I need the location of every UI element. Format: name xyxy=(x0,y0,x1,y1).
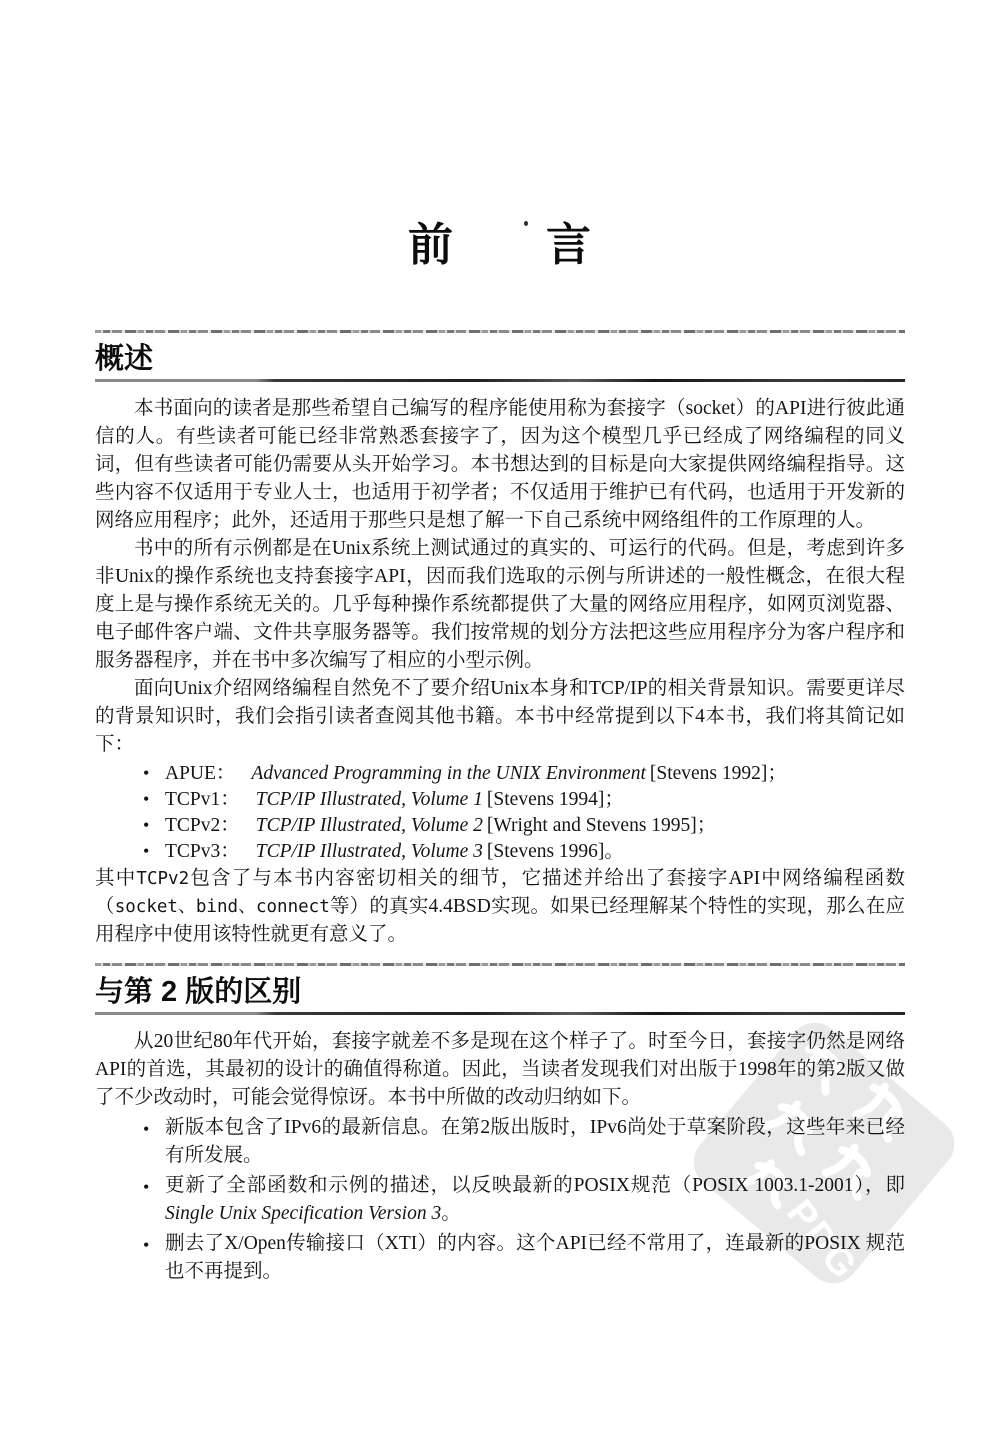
divider-textured-differences xyxy=(95,963,905,966)
divider-solid-differences xyxy=(95,1012,905,1015)
book-title: TCP/IP Illustrated, Volume 3 xyxy=(256,841,483,862)
differences-heading: 与第 2 版的区别 xyxy=(95,974,905,1010)
book-list-item: •APUE：Advanced Programming in the UNIX E… xyxy=(95,761,905,787)
change-text: 新版本包含了IPv6的最新信息。在第2版出版时，IPv6尚处于草案阶段，这些年来… xyxy=(165,1117,905,1166)
book-title: TCP/IP Illustrated, Volume 1 xyxy=(256,789,483,810)
change-list-item: •删去了X/Open传输接口（XTI）的内容。这个API已经不常用了，连最新的P… xyxy=(95,1230,905,1286)
book-abbr: APUE： xyxy=(165,763,235,784)
book-abbr: TCPv1： xyxy=(165,789,240,810)
divider-textured-overview xyxy=(95,330,905,333)
closing-text: 其中 xyxy=(95,868,136,889)
change-list-item: •新版本包含了IPv6的最新信息。在第2版出版时，IPv6尚处于草案阶段，这些年… xyxy=(95,1114,905,1170)
overview-paragraph-3: 面向Unix介绍网络编程自然免不了要介绍Unix本身和TCP/IP的相关背景知识… xyxy=(95,675,905,759)
change-text: 。 xyxy=(441,1203,461,1224)
book-list-item: •TCPv1：TCP/IP Illustrated, Volume 1[Stev… xyxy=(95,787,905,813)
differences-paragraph: 从20世纪80年代开始，套接字就差不多是现在这个样子了。时至今日，套接字仍然是网… xyxy=(95,1028,905,1112)
code-inline-socket-functions: socket、bind、connect xyxy=(115,897,330,917)
book-list-item: •TCPv2：TCP/IP Illustrated, Volume 2[Wrig… xyxy=(95,813,905,839)
bullet-icon: • xyxy=(143,1231,149,1259)
book-citation: [Wright and Stevens 1995]； xyxy=(487,815,716,836)
scanned-book-page: PDG 前 言 概述 本书面向的读者是那些希望自己编写的程序能使用称为套接字（s… xyxy=(0,0,983,1447)
code-inline-tcpv2: TCPv2 xyxy=(136,869,189,889)
change-text: 删去了X/Open传输接口（XTI）的内容。这个API已经不常用了，连最新的PO… xyxy=(165,1233,905,1282)
ink-speck xyxy=(524,221,528,226)
change-italic-title: Single Unix Specification Version 3 xyxy=(165,1203,441,1224)
bullet-icon: • xyxy=(143,812,149,838)
divider-solid-overview xyxy=(95,379,905,382)
change-list-item: •更新了全部函数和示例的描述，以反映最新的POSIX规范（POSIX 1003.… xyxy=(95,1172,905,1228)
book-citation: [Stevens 1994]； xyxy=(487,789,624,810)
book-citation: [Stevens 1996]。 xyxy=(487,841,624,862)
book-abbr: TCPv2： xyxy=(165,815,240,836)
page-content: 前 言 概述 本书面向的读者是那些希望自己编写的程序能使用称为套接字（socke… xyxy=(95,0,905,1288)
bullet-icon: • xyxy=(143,838,149,864)
overview-heading: 概述 xyxy=(95,341,905,377)
changes-list: •新版本包含了IPv6的最新信息。在第2版出版时，IPv6尚处于草案阶段，这些年… xyxy=(95,1114,905,1286)
book-title: Advanced Programming in the UNIX Environ… xyxy=(251,763,645,784)
book-list-item: •TCPv3：TCP/IP Illustrated, Volume 3[Stev… xyxy=(95,839,905,865)
overview-paragraph-2: 书中的所有示例都是在Unix系统上测试通过的真实的、可运行的代码。但是，考虑到许… xyxy=(95,535,905,675)
bullet-icon: • xyxy=(143,1115,149,1143)
page-title: 前 言 xyxy=(95,222,905,268)
overview-paragraph-1: 本书面向的读者是那些希望自己编写的程序能使用称为套接字（socket）的API进… xyxy=(95,395,905,535)
bullet-icon: • xyxy=(143,760,149,786)
change-text: 更新了全部函数和示例的描述，以反映最新的POSIX规范（POSIX 1003.1… xyxy=(165,1175,905,1196)
bullet-icon: • xyxy=(143,786,149,812)
book-citation: [Stevens 1992]； xyxy=(650,763,787,784)
book-title: TCP/IP Illustrated, Volume 2 xyxy=(256,815,483,836)
bullet-icon: • xyxy=(143,1173,149,1201)
reference-book-list: •APUE：Advanced Programming in the UNIX E… xyxy=(95,761,905,865)
book-abbr: TCPv3： xyxy=(165,841,240,862)
overview-closing-paragraph: 其中TCPv2包含了与本书内容密切相关的细节，它描述并给出了套接字API中网络编… xyxy=(95,865,905,949)
